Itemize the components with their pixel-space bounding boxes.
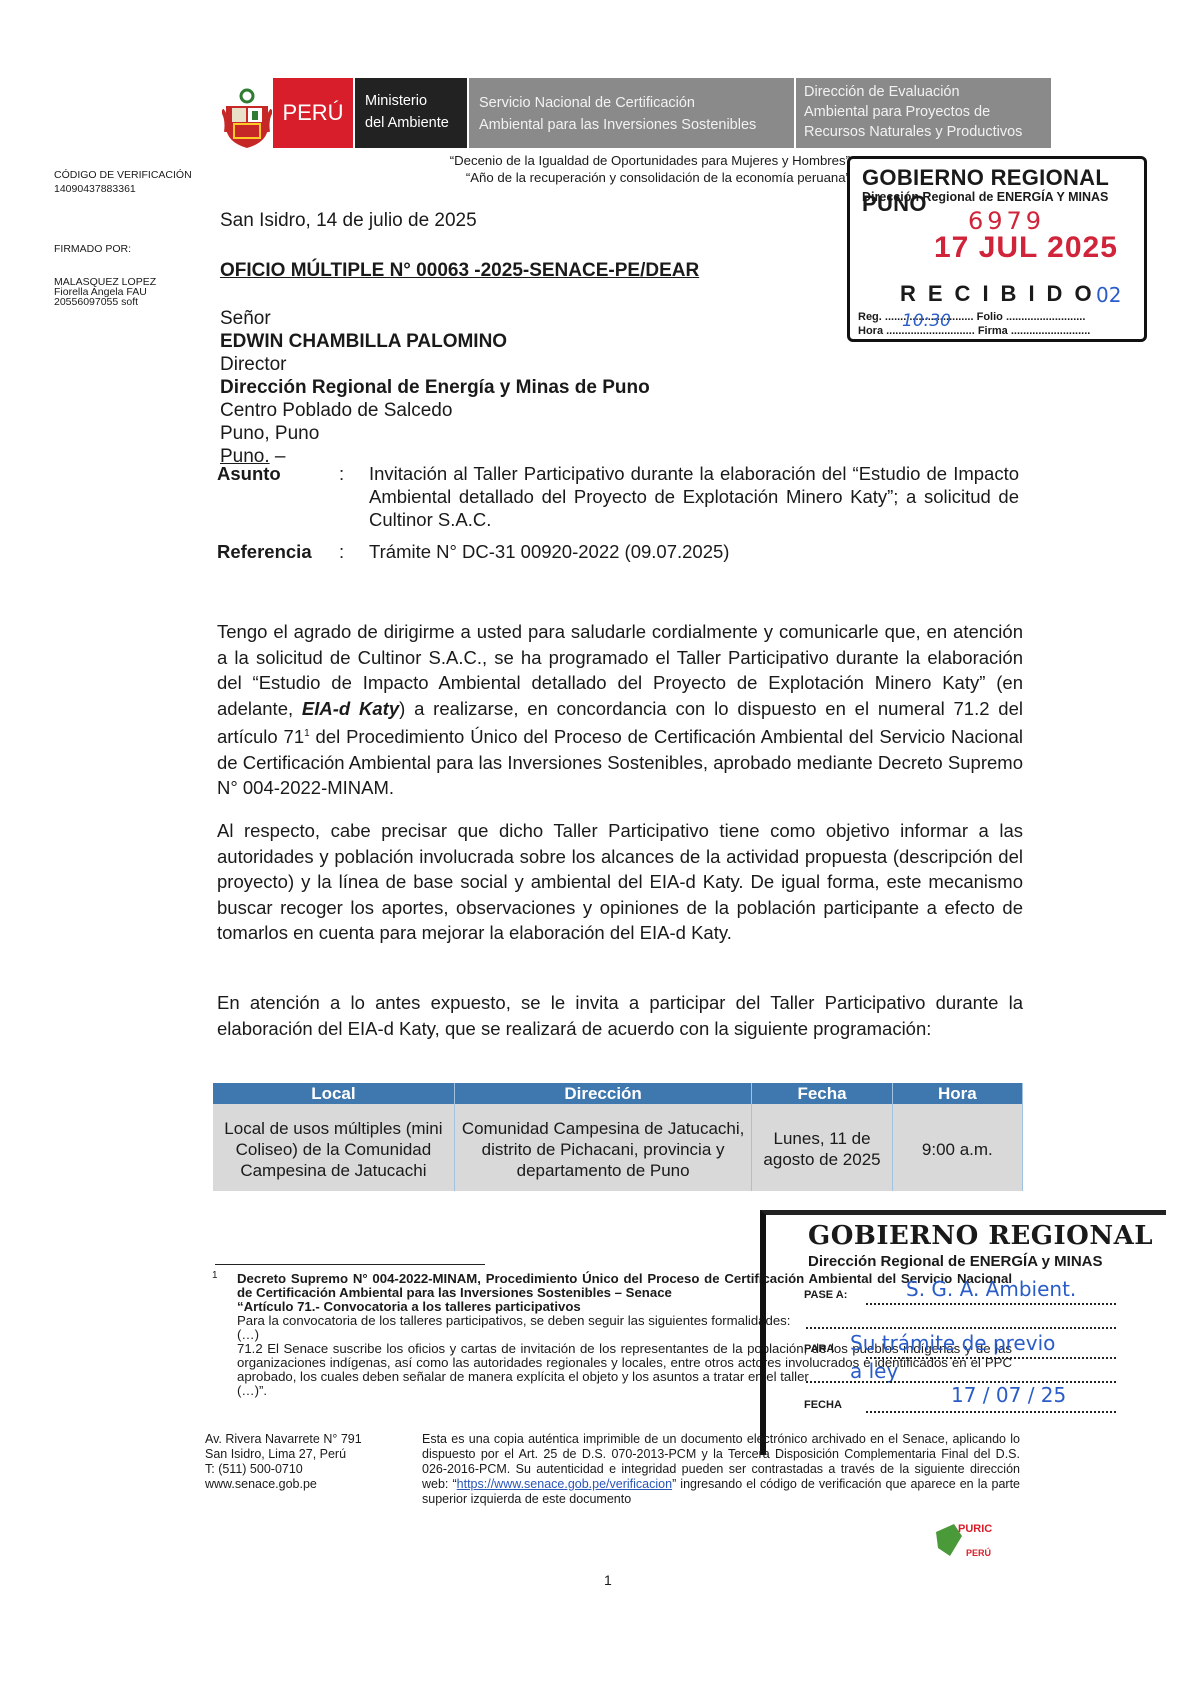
directorate-line-3: Recursos Naturales y Productivos <box>804 122 1051 142</box>
motto-year: “Año de la recuperación y consolidación … <box>390 169 850 186</box>
cell-direccion: Comunidad Campesina de Jatucachi, distri… <box>454 1104 752 1191</box>
col-local: Local <box>213 1083 454 1104</box>
table-row: Local de usos múltiples (mini Coliseo) d… <box>213 1104 1023 1191</box>
col-hora: Hora <box>892 1083 1022 1104</box>
footer-legal-notice: Esta es una copia auténtica imprimible d… <box>422 1432 1020 1507</box>
stamp-folio-value: 02 <box>1096 283 1121 307</box>
cell-fecha: Lunes, 11 de agosto de 2025 <box>752 1104 892 1191</box>
body-paragraph-1: Tengo el agrado de dirigirme a usted par… <box>217 619 1023 801</box>
official-mottos: “Decenio de la Igualdad de Oportunidades… <box>390 152 850 186</box>
footer-address: Av. Rivera Navarrete N° 791 San Isidro, … <box>205 1432 362 1492</box>
peru-brand-block: PERÚ <box>273 78 353 148</box>
stamp-firma-label: Firma <box>978 325 1008 337</box>
ministry-line-2: del Ambiente <box>365 112 467 134</box>
place-date: San Isidro, 14 de julio de 2025 <box>220 210 477 232</box>
pase-value: S. G. A. Ambient. <box>906 1277 1076 1301</box>
stamp-folio-label: Folio <box>977 311 1003 323</box>
routing-stamp-subtitle: Dirección Regional de ENERGÍA y MINAS <box>808 1253 1103 1270</box>
peru-label: PERÚ <box>282 100 343 126</box>
directorate-line-2: Ambiental para Proyectos de <box>804 102 1051 122</box>
stamp-hora-label: Hora <box>858 325 883 337</box>
col-direccion: Dirección <box>454 1083 752 1104</box>
verification-code-block: CÓDIGO DE VERIFICACIÓN 14090437883361 <box>54 168 192 196</box>
body-paragraph-3: En atención a lo antes expuesto, se le i… <box>217 990 1023 1041</box>
reference-text: Trámite N° DC-31 00920-2022 (09.07.2025) <box>369 540 1019 563</box>
routing-stamp: GOBIERNO REGIONAL Dirección Regional de … <box>760 1210 1166 1455</box>
agency-line-1: Servicio Nacional de Certificación <box>479 92 794 114</box>
agency-line-2: Ambiental para las Inversiones Sostenibl… <box>479 114 794 136</box>
verification-link[interactable]: https://www.senace.gob.pe/verificacion <box>457 1477 672 1491</box>
recipient-organization: Dirección Regional de Energía y Minas de… <box>220 376 650 399</box>
stamp-hora-value: 10:30 <box>902 311 951 331</box>
motto-decade: “Decenio de la Igualdad de Oportunidades… <box>390 152 850 169</box>
recipient-address-1: Centro Poblado de Salcedo <box>220 399 650 422</box>
para-value: Su trámite de previo <box>850 1331 1055 1355</box>
footnote-number: 1 <box>212 1270 218 1281</box>
reference-row: Referencia : Trámite N° DC-31 00920-2022… <box>217 540 1019 563</box>
footer-website: www.senace.gob.pe <box>205 1477 362 1492</box>
cell-hora: 9:00 a.m. <box>892 1104 1022 1191</box>
stamp-hora-row: Hora ............................. Firma… <box>858 325 1090 337</box>
schedule-header-row: Local Dirección Fecha Hora <box>213 1083 1023 1104</box>
received-stamp: GOBIERNO REGIONAL PUNO Dirección Regiona… <box>847 156 1147 342</box>
footnote-divider <box>215 1264 485 1265</box>
schedule-table: Local Dirección Fecha Hora Local de usos… <box>213 1083 1023 1191</box>
directorate-block: Dirección de Evaluación Ambiental para P… <box>796 78 1051 148</box>
stamp-reg-label: Reg. <box>858 311 882 323</box>
svg-text:PERÚ: PERÚ <box>966 1547 991 1558</box>
subject-text: Invitación al Taller Participativo duran… <box>369 462 1019 531</box>
signed-by-label: FIRMADO POR: <box>54 243 131 255</box>
para-value-2: a ley <box>850 1359 898 1383</box>
verification-code: 14090437883361 <box>54 182 192 196</box>
stamp-status: RECIBIDO <box>900 281 1104 307</box>
stamp-subtitle: Dirección Regional de ENERGÍA Y MINAS <box>862 190 1108 204</box>
directorate-line-1: Dirección de Evaluación <box>804 82 1051 102</box>
stamp-date: 17 JUL 2025 <box>934 231 1118 265</box>
recipient-name: EDWIN CHAMBILLA PALOMINO <box>220 330 650 353</box>
reference-label: Referencia <box>217 540 339 563</box>
routing-stamp-title: GOBIERNO REGIONAL <box>808 1221 1153 1251</box>
cell-local: Local de usos múltiples (mini Coliseo) d… <box>213 1104 454 1191</box>
page-number: 1 <box>604 1572 612 1588</box>
peru-coat-of-arms-icon <box>222 88 272 150</box>
document-reference-title: OFICIO MÚLTIPLE N° 00063 -2025-SENACE-PE… <box>220 260 699 282</box>
pase-label: PASE A: <box>804 1289 847 1301</box>
recipient-block: Señor EDWIN CHAMBILLA PALOMINO Director … <box>220 307 650 468</box>
stamp-reg-row: Reg. ............................. Folio… <box>858 311 1085 323</box>
col-fecha: Fecha <box>752 1083 892 1104</box>
eia-abbreviation: EIA-d Katy <box>302 698 399 719</box>
ministry-line-1: Ministerio <box>365 90 467 112</box>
subject-row: Asunto : Invitación al Taller Participat… <box>217 462 1019 531</box>
verification-label: CÓDIGO DE VERIFICACIÓN <box>54 168 192 182</box>
signer-block: MALASQUEZ LOPEZ Fiorella Angela FAU 2055… <box>54 277 156 307</box>
fecha-value: 17 / 07 / 25 <box>951 1383 1066 1407</box>
recipient-position: Director <box>220 353 650 376</box>
fecha-label: FECHA <box>804 1399 842 1411</box>
para-label: PARA <box>804 1343 834 1355</box>
body-paragraph-2: Al respecto, cabe precisar que dicho Tal… <box>217 818 1023 946</box>
ministry-block: Ministerio del Ambiente <box>355 78 467 148</box>
recipient-address-2: Puno, Puno <box>220 422 650 445</box>
recipient-salutation: Señor <box>220 307 650 330</box>
subject-label: Asunto <box>217 462 339 531</box>
campaign-logo-icon: PURICHE PERÚ <box>932 1512 992 1562</box>
agency-block: Servicio Nacional de Certificación Ambie… <box>469 78 794 148</box>
signer-id: 20556097055 soft <box>54 297 156 307</box>
svg-text:PURICHE: PURICHE <box>958 1523 992 1535</box>
